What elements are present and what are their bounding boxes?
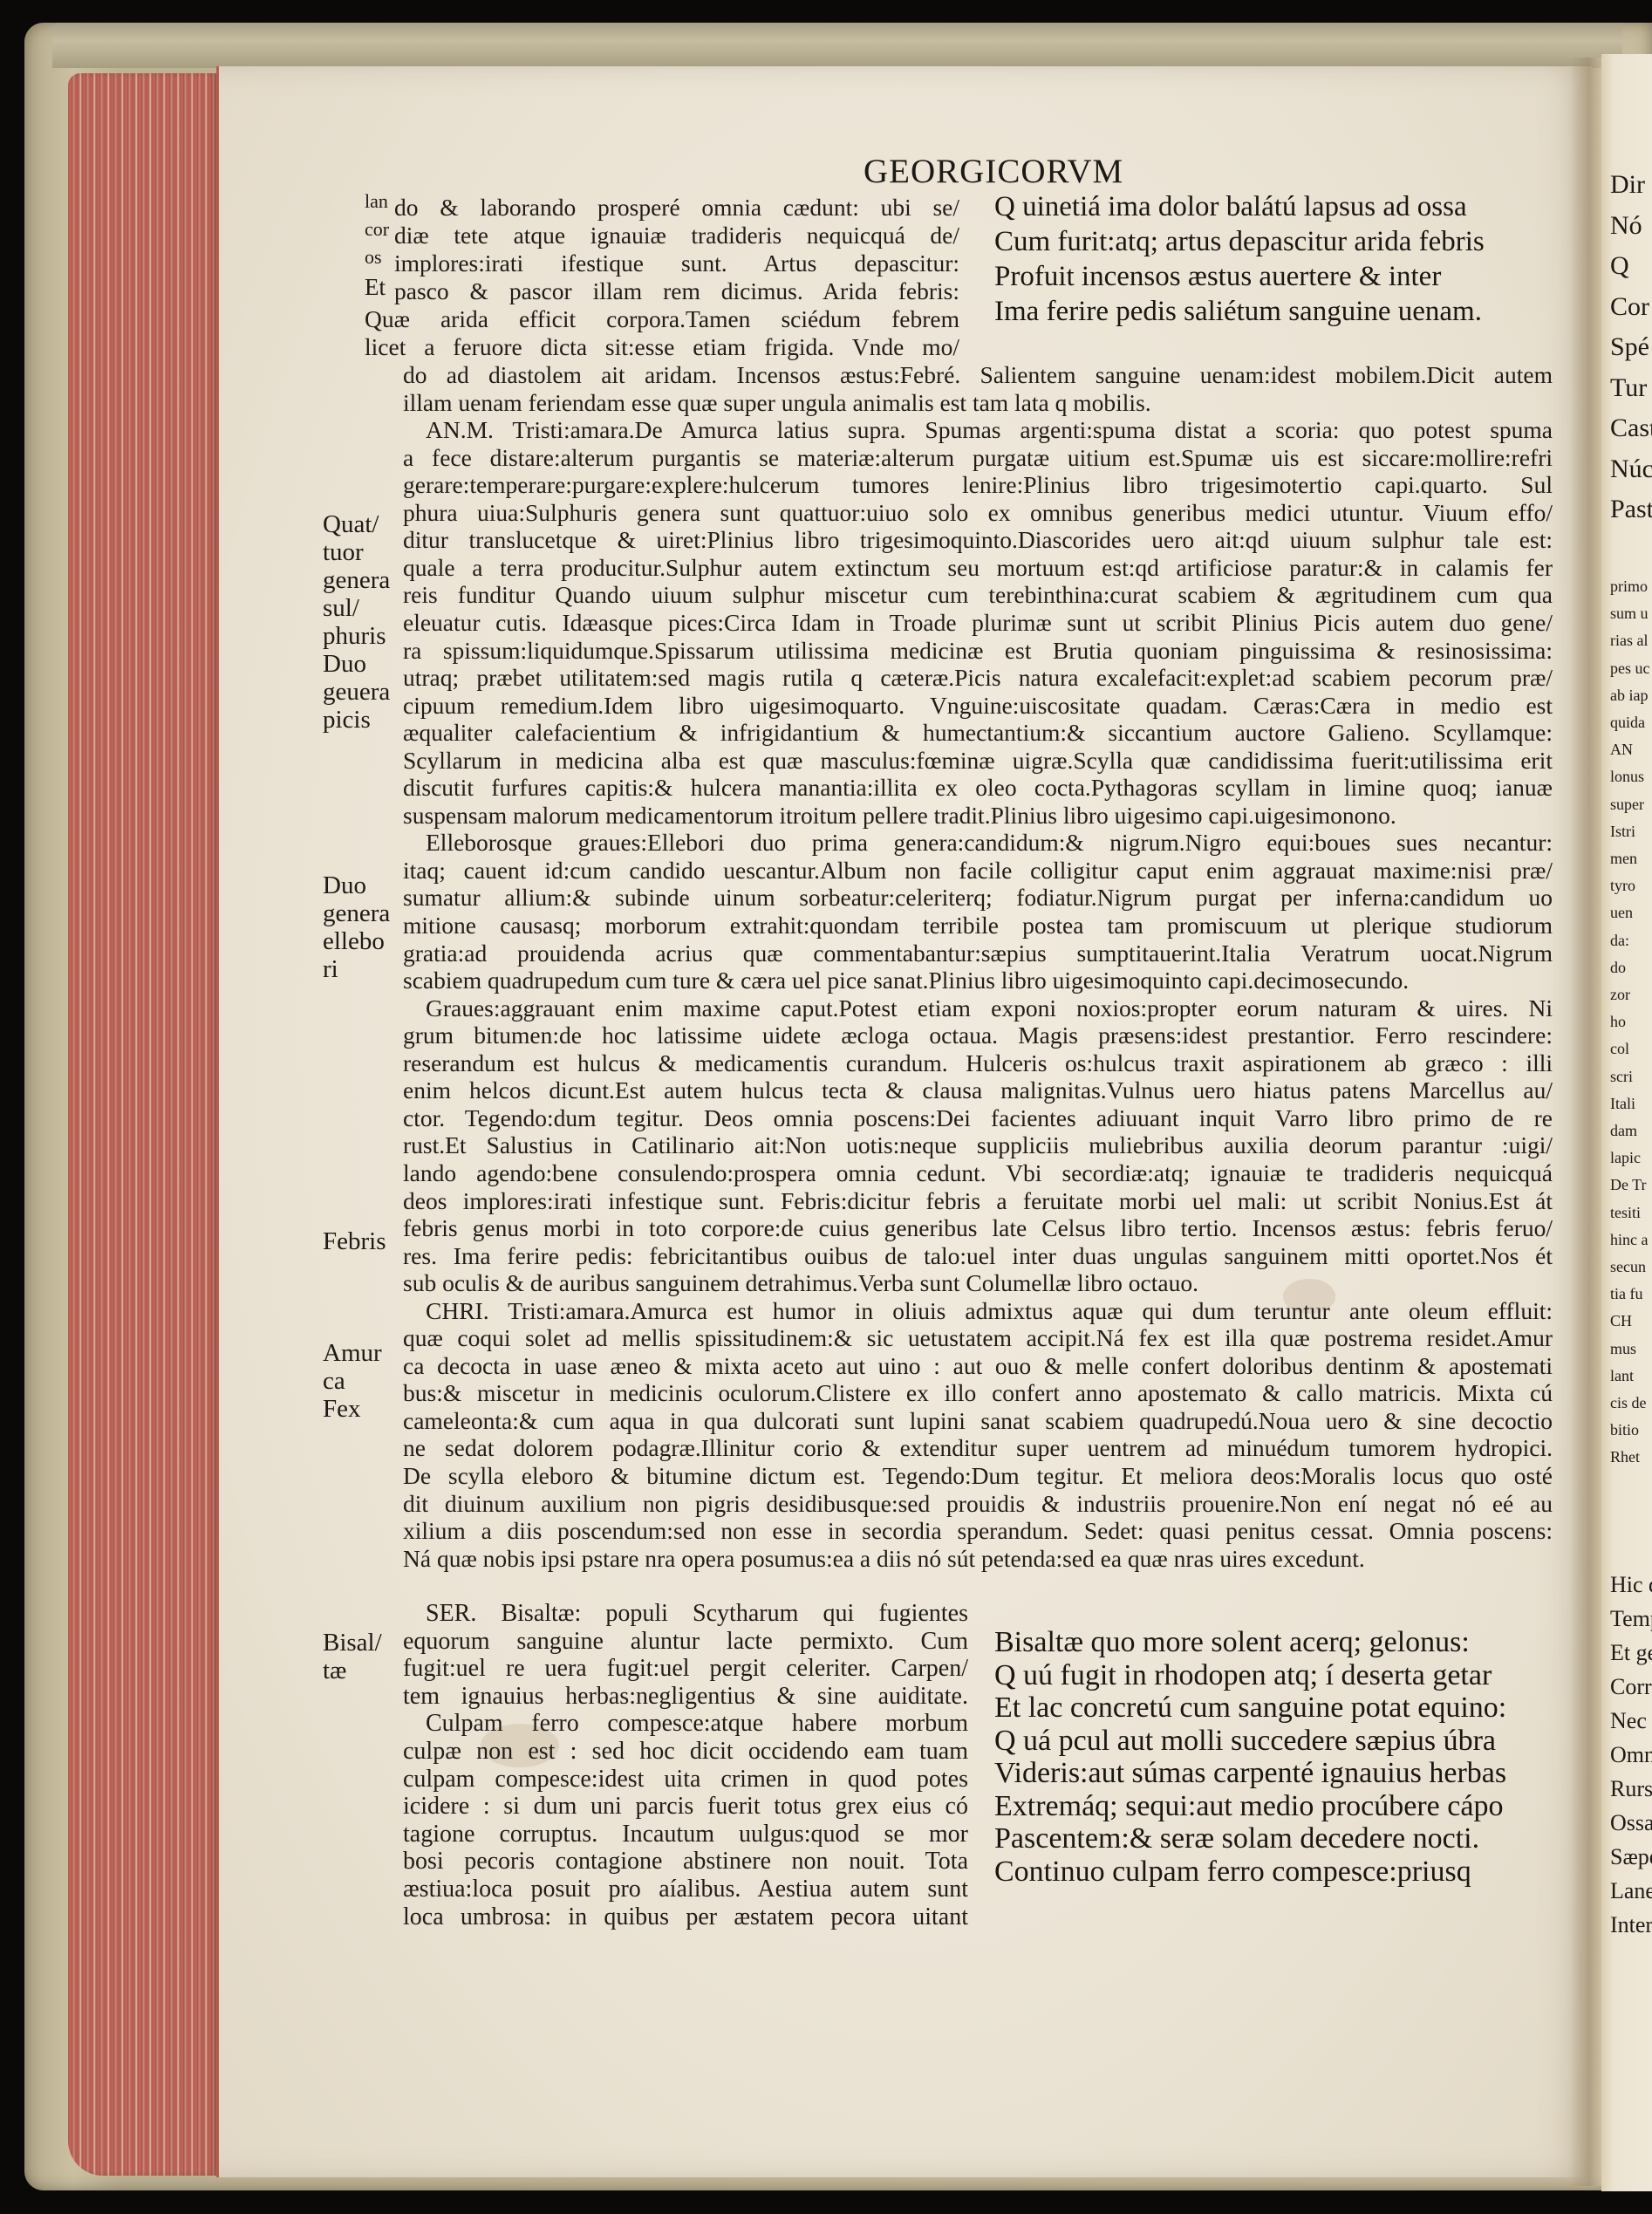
facing-commentary-fragment: tesiti — [1610, 1204, 1641, 1222]
facing-verse-fragment: Hic q — [1610, 1572, 1652, 1598]
commentary-line: gerare:temperare:purgare:explere:hulceru… — [403, 471, 1553, 498]
commentary-line: icidere : si dum uni parcis fuerit totus… — [403, 1793, 968, 1820]
gutter — [1570, 58, 1605, 2186]
commentary-line: reis funditur Quando uiuum sulphur misce… — [403, 581, 1553, 608]
commentary-line: Culpam ferro compesce:atque habere morbu… — [426, 1710, 968, 1737]
commentary-line: Elleborosque graues:Ellebori duo prima g… — [426, 829, 1553, 856]
commentary-line: sub oculis & de auribus sanguinem detrah… — [403, 1269, 1553, 1296]
facing-page: DirNóQCorSpéTurCastNúcPasteprimosum uria… — [1601, 54, 1652, 2191]
commentary-line: phura uiua:Sulphuris genera sunt quattuo… — [403, 499, 1553, 526]
facing-verse-fragment: Spé — [1610, 332, 1649, 362]
commentary-line: a fece distare:alterum purgantis se mate… — [403, 444, 1553, 471]
facing-commentary-fragment: pes uc — [1610, 659, 1649, 678]
margin-note-line: ri — [323, 956, 338, 983]
commentary-line: CHRI. Tristi:amara.Amurca est humor in o… — [426, 1297, 1553, 1324]
commentary-line: illam uenam feriendam esse quæ super ung… — [403, 389, 1553, 416]
facing-verse-fragment: Corru — [1610, 1674, 1652, 1700]
margin-note-line: tuor — [323, 539, 364, 566]
facing-commentary-fragment: sum u — [1610, 605, 1649, 623]
lead-fragment: cor — [365, 218, 389, 241]
facing-commentary-fragment: scri — [1610, 1068, 1633, 1086]
facing-verse-fragment: Cast — [1610, 413, 1652, 443]
margin-note-line: Bisal/ — [323, 1630, 382, 1657]
facing-commentary-fragment: lapic — [1610, 1149, 1641, 1167]
facing-verse-fragment: Nec ui — [1610, 1708, 1652, 1734]
facing-commentary-fragment: dam — [1610, 1122, 1637, 1140]
commentary-line: enim helcos dicunt.Est autem hulcus tect… — [403, 1076, 1553, 1104]
lead-fragment: Et — [365, 274, 386, 301]
facing-commentary-fragment: Rhet — [1610, 1448, 1640, 1466]
commentary-line: scabiem quadrupedum cum ture & cæra uel … — [403, 967, 1553, 994]
commentary-line: quale a terra producitur.Sulphur autem e… — [403, 554, 1553, 581]
verse-line: Extremáq; sequi:aut medio procúbere cápo — [994, 1792, 1503, 1821]
commentary-line: cipuum remedium.Idem libro uigesimoquart… — [403, 692, 1553, 719]
commentary-line: ctor. Tegendo:dum tegitur. Deos omnia po… — [403, 1104, 1553, 1131]
facing-commentary-fragment: cis de — [1610, 1394, 1646, 1412]
facing-verse-fragment: Nó — [1610, 211, 1642, 241]
commentary-line: licet a feruore dicta sit:esse etiam fri… — [365, 333, 959, 360]
commentary-line: diæ tete atque ignauiæ tradideris nequic… — [394, 222, 959, 249]
facing-commentary-fragment: col — [1610, 1040, 1629, 1058]
commentary-line: xilium a diis poscendum:sed non esse in … — [403, 1517, 1553, 1544]
verse-line: Cum furit:atq; artus depascitur arida fe… — [994, 227, 1485, 256]
commentary-line: Ná quæ nobis ipsi pstare nra opera posum… — [403, 1545, 1553, 1572]
commentary-line: æqualiter calefacientium & infrigidantiu… — [403, 719, 1553, 746]
commentary-line: Graues:aggrauant enim maxime caput.Potes… — [426, 994, 1553, 1022]
commentary-line: suspensam malorum medicamentorum itroitu… — [403, 802, 1553, 829]
facing-verse-fragment: Temp — [1610, 1606, 1652, 1632]
margin-note-line: Febris — [323, 1228, 386, 1255]
facing-commentary-fragment: ho — [1610, 1013, 1626, 1031]
facing-commentary-fragment: tyro — [1610, 877, 1635, 895]
margin-note-line: Duo — [323, 651, 366, 678]
commentary-line: lando agendo:bene consulendo:prospera om… — [403, 1159, 1553, 1186]
margin-note-line: geuera — [323, 679, 390, 706]
facing-commentary-fragment: men — [1610, 850, 1637, 868]
commentary-line: ra spissum:liquidumque.Spissarum utiliss… — [403, 637, 1553, 664]
lead-fragment: os — [365, 246, 382, 269]
verse-line: Ima ferire pedis saliétum sanguine uenam… — [994, 297, 1482, 326]
facing-commentary-fragment: uen — [1610, 904, 1633, 922]
margin-note-line: picis — [323, 707, 371, 734]
facing-commentary-fragment: De Tr — [1610, 1176, 1647, 1194]
facing-commentary-fragment: ab iap — [1610, 687, 1648, 705]
facing-commentary-fragment: tia fu — [1610, 1285, 1643, 1303]
facing-commentary-fragment: primo — [1610, 577, 1648, 596]
facing-commentary-fragment: do — [1610, 959, 1626, 977]
commentary-line: ditur translucetque & uiret:Plinius libr… — [403, 526, 1553, 553]
margin-note-line: Fex — [323, 1396, 361, 1423]
facing-verse-fragment: Sæpe i — [1610, 1844, 1652, 1870]
facing-verse-fragment: Ossa n — [1610, 1810, 1652, 1836]
commentary-line: eleuatur cutis. Idæasque pices:Circa Ida… — [403, 609, 1553, 636]
facing-verse-fragment: Omni — [1610, 1742, 1652, 1768]
margin-note-line: phuris — [323, 623, 386, 650]
facing-commentary-fragment: mus — [1610, 1340, 1636, 1358]
commentary-line: do & laborando prosperé omnia cædunt: ub… — [394, 194, 959, 221]
facing-verse-fragment: Q — [1610, 251, 1629, 281]
commentary-line: discutit furfures capitis:& hulcera mana… — [403, 774, 1553, 801]
facing-commentary-fragment: da: — [1610, 932, 1629, 950]
facing-verse-fragment: Inter cú — [1610, 1912, 1652, 1938]
facing-commentary-fragment: CH — [1610, 1312, 1632, 1330]
verse-line: Pascentem:& seræ solam decedere nocti. — [994, 1824, 1479, 1854]
facing-verse-fragment: Cor — [1610, 292, 1649, 322]
facing-commentary-fragment: secun — [1610, 1258, 1646, 1276]
facing-commentary-fragment: Itali — [1610, 1095, 1635, 1113]
facing-verse-fragment: Et gen — [1610, 1640, 1652, 1666]
commentary-line: loca umbrosa: in quibus per æstatem peco… — [403, 1903, 968, 1930]
margin-note-line: genera — [323, 567, 390, 594]
verse-line: Q uú fugit in rhodopen atq; í deserta ge… — [994, 1661, 1492, 1691]
commentary-line: bosi pecoris contagione abstinere non no… — [403, 1848, 968, 1875]
red-fore-edge — [68, 73, 216, 2176]
facing-commentary-fragment: zor — [1610, 986, 1630, 1004]
facing-commentary-fragment: AN — [1610, 741, 1633, 759]
facing-verse-fragment: Núc — [1610, 454, 1652, 484]
commentary-line: febris genus morbi in toto corpore:de cu… — [403, 1214, 1553, 1241]
commentary-line: deos implores:irati infestique sunt. Feb… — [403, 1187, 1553, 1214]
commentary-line: dit diuinum auxilium non pigris desidibu… — [403, 1490, 1553, 1517]
commentary-line: rust.Et Salustius in Catilinario ait:Non… — [403, 1131, 1553, 1158]
facing-verse-fragment: Lanea — [1610, 1878, 1652, 1904]
commentary-line: culpam compesce:idest uita crimen in quo… — [403, 1766, 968, 1793]
commentary-line: Scyllarum in medicina alba est quæ mascu… — [403, 747, 1553, 774]
facing-commentary-fragment: hinc a — [1610, 1231, 1648, 1249]
verse-line: Bisaltæ quo more solent acerq; gelonus: — [994, 1628, 1470, 1657]
commentary-line: tagione corruptus. Incautum uulgus:quod … — [403, 1821, 968, 1848]
verse-line: Q uinetiá ima dolor balátú lapsus ad oss… — [994, 192, 1467, 222]
commentary-line: AN.M. Tristi:amara.De Amurca latius supr… — [426, 416, 1553, 443]
margin-note-line: sul/ — [323, 595, 359, 622]
commentary-line: De scylla eleboro & bitumine dictum est.… — [403, 1462, 1553, 1489]
commentary-line: ne sedat dolorem podagræ.Illinitur corio… — [403, 1434, 1553, 1461]
commentary-line: utraq; præbet utilitatem:sed magis rutil… — [403, 664, 1553, 691]
commentary-line: equorum sanguine aluntur lacte permixto.… — [403, 1628, 968, 1655]
facing-commentary-fragment: bitio — [1610, 1421, 1639, 1439]
running-head: GEORGICORVM — [864, 152, 1123, 191]
facing-commentary-fragment: rias al — [1610, 632, 1648, 650]
commentary-line: res. Ima ferire pedis: febricitantibus o… — [403, 1242, 1553, 1269]
verse-line: Continuo culpam ferro compesce:priusq — [994, 1857, 1471, 1887]
verse-line: Videris:aut súmas carpenté ignauius herb… — [994, 1759, 1506, 1788]
facing-verse-fragment: Paste — [1610, 495, 1652, 524]
commentary-line: pasco & pascor illam rem dicimus. Arida … — [394, 277, 959, 304]
commentary-line: ca decocta in uase æneo & mixta aceto au… — [403, 1352, 1553, 1379]
commentary-line: SER. Bisaltæ: populi Scytharum qui fugie… — [426, 1600, 968, 1627]
commentary-line: cameleonta:& cum aqua in qua dulcorati s… — [403, 1407, 1553, 1434]
verse-line: Q uá pcul aut molli succedere sæpius úbr… — [994, 1726, 1496, 1756]
commentary-line: implores:irati ifestique sunt. Artus dep… — [394, 249, 959, 277]
margin-note-line: genera — [323, 900, 390, 927]
commentary-line: tem ignauius herbas:negligentius & sine … — [403, 1683, 968, 1710]
margin-note-line: tæ — [323, 1657, 346, 1684]
lead-fragment: lan — [365, 190, 388, 213]
verse-line: Profuit incensos æstus auertere & inter — [994, 262, 1441, 291]
commentary-line: culpæ non est : sed hoc dicit occidendo … — [403, 1738, 968, 1765]
commentary-line: æstiua:loca posuit pro aíalibus. Aestiua… — [403, 1876, 968, 1903]
commentary-line: sumatur allium:& subinde uinum sorbeatur… — [403, 884, 1553, 911]
commentary-line: bus:& miscetur in medicinis oculorum.Cli… — [403, 1379, 1553, 1406]
facing-verse-fragment: Tur — [1610, 373, 1647, 403]
margin-note-line: ca — [323, 1368, 345, 1395]
binding-top-edge — [52, 23, 1622, 68]
commentary-line: gratia:ad prouidenda acrius quæ commenta… — [403, 940, 1553, 967]
margin-note-line: Amur — [323, 1340, 382, 1367]
margin-note-line: Duo — [323, 872, 366, 899]
commentary-line: itaq; cauent id:cum candido uescantur.Al… — [403, 857, 1553, 884]
margin-note-line: ellebo — [323, 928, 385, 955]
facing-commentary-fragment: quida — [1610, 714, 1645, 732]
commentary-line: fugit:uel re uera fugit:uel pergit celer… — [403, 1655, 968, 1682]
commentary-line: grum bitumen:de hoc latissime uidete æcl… — [403, 1022, 1553, 1049]
commentary-line: quæ coqui solet ad mellis spissitudinem:… — [403, 1324, 1553, 1351]
facing-commentary-fragment: lant — [1610, 1367, 1634, 1385]
facing-commentary-fragment: lonus — [1610, 768, 1644, 786]
commentary-line: do ad diastolem ait aridam. Incensos æst… — [403, 361, 1553, 388]
facing-commentary-fragment: super — [1610, 796, 1644, 814]
margin-note-line: Quat/ — [323, 511, 379, 538]
commentary-line: reserandum est hulcus & medicamentis cur… — [403, 1049, 1553, 1076]
facing-verse-fragment: Dir — [1610, 170, 1645, 200]
facing-verse-fragment: Rursu — [1610, 1776, 1652, 1802]
verse-line: Et lac concretú cum sanguine potat equin… — [994, 1693, 1506, 1723]
facing-commentary-fragment: Istri — [1610, 823, 1635, 841]
commentary-line: mitione causasq; morborum extrahit:quond… — [403, 912, 1553, 939]
commentary-line: Quæ arida efficit corpora.Tamen sciédum … — [365, 305, 959, 332]
